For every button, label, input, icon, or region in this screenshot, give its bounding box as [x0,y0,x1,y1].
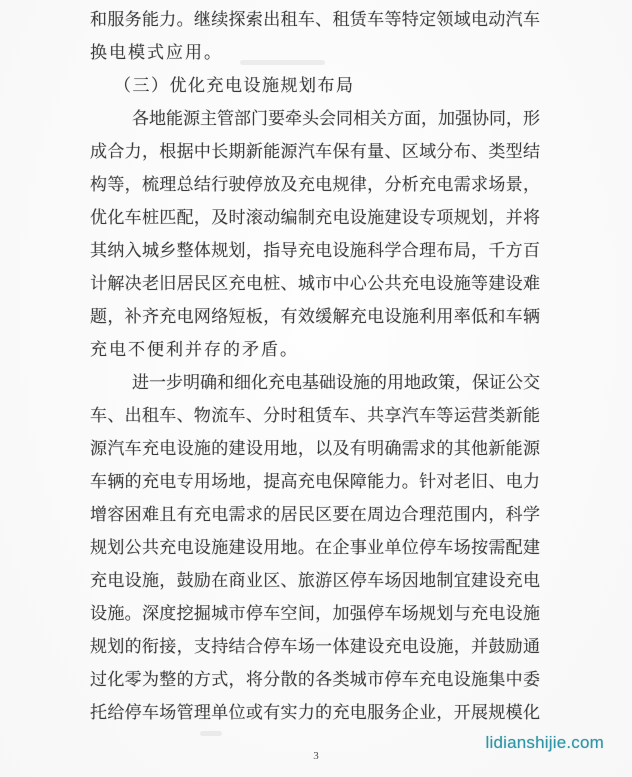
section-heading: （三）优化充电设施规划布局 [90,69,540,102]
text-line: 构等，梳理总结行驶停放及充电规律，分析充电需求场景， [90,168,540,201]
text-line: 优化车桩匹配，及时滚动编制充电设施建设专项规划，并将 [90,201,540,234]
text-line: 源汽车充电设施的建设用地，以及有明确需求的其他新能源 [90,432,540,465]
text-line: 计解决老旧居民区充电桩、城市中心公共充电设施等建设难 [90,267,540,300]
scan-artifact [200,731,222,736]
text-line: 各地能源主管部门要牵头会同相关方面，加强协同，形 [90,102,540,135]
text-line: 过化零为整的方式，将分散的各类城市停车充电设施集中委 [90,663,540,696]
text-line: 增容困难且有充电需求的居民区要在周边合理范围内，科学 [90,498,540,531]
document-page: 和服务能力。继续探索出租车、租赁车等特定领域电动汽车 换电模式应用。 （三）优化… [0,0,632,777]
text-line: 题，补齐充电网络短板，有效缓解充电设施利用率低和车辆 [90,300,540,333]
text-block: 和服务能力。继续探索出租车、租赁车等特定领域电动汽车 换电模式应用。 （三）优化… [90,3,540,729]
text-line: 车、出租车、物流车、分时租赁车、共享汽车等运营类新能 [90,399,540,432]
text-line: 充电设施，鼓励在商业区、旅游区停车场因地制宜建设充电 [90,564,540,597]
text-line: 其纳入城乡整体规划，指导充电设施科学合理布局，千方百 [90,234,540,267]
text-line: 进一步明确和细化充电基础设施的用地政策，保证公交 [90,366,540,399]
text-line: 托给停车场管理单位或有实力的充电服务企业，开展规模化 [90,696,540,729]
text-line: 成合力，根据中长期新能源汽车保有量、区域分布、类型结 [90,135,540,168]
text-line: 充电不便利并存的矛盾。 [90,333,540,366]
text-line: 车辆的充电专用场地，提高充电保障能力。针对老旧、电力 [90,465,540,498]
watermark-link[interactable]: lidianshijie.com [486,733,604,753]
text-line: 换电模式应用。 [90,36,540,69]
text-line: 规划的衔接，支持结合停车场一体建设充电设施，并鼓励通 [90,630,540,663]
text-line: 设施。深度挖掘城市停车空间，加强停车场规划与充电设施 [90,597,540,630]
text-line: 和服务能力。继续探索出租车、租赁车等特定领域电动汽车 [90,3,540,36]
text-line: 规划公共充电设施建设用地。在企事业单位停车场按需配建 [90,531,540,564]
